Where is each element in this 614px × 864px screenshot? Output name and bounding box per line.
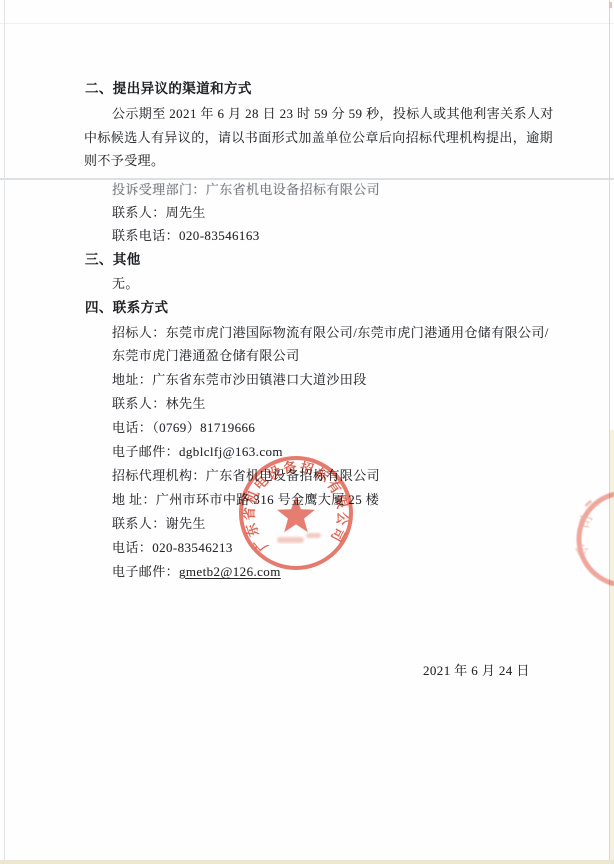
page-left-edge-line: [4, 0, 5, 864]
tenderer-contact-line: 联系人：林先生: [112, 395, 206, 412]
tenderer-line: 招标人：东莞市虎门港国际物流有限公司/东莞市虎门港通用仓储有限公司/: [112, 324, 549, 341]
paragraph-line: 则不予受理。: [84, 152, 164, 169]
page-bottom-edge: [0, 860, 614, 864]
paragraph-line: 中标候选人有异议的，请以书面形式加盖单位公章后向招标代理机构提出，逾期: [84, 129, 553, 146]
corner-stamp-trace: [609, 2, 612, 8]
agency-email-link[interactable]: gmetb2@126.com: [179, 564, 281, 579]
section-2-heading: 二、提出异议的渠道和方式: [85, 80, 252, 97]
contact-person-line: 联系人：周先生: [112, 204, 206, 221]
complaint-dept-line: 投诉受理部门：广东省机电设备招标有限公司: [112, 181, 380, 198]
page-top-edge-line: [0, 23, 614, 24]
section-4-heading: 四、联系方式: [85, 299, 168, 316]
seal-serial-scribble: [277, 533, 321, 543]
contact-phone-line: 联系电话：020-83546163: [112, 227, 260, 244]
partial-seal-glyph: 司: [576, 514, 595, 531]
agency-email-line: 电子邮件：gmetb2@126.com: [112, 563, 281, 580]
tenderer-email-line: 电子邮件：dgblclfj@163.com: [112, 443, 283, 460]
tenderer-line-wrap: 东莞市虎门港通盈仓储有限公司: [112, 347, 300, 364]
tenderer-address-line: 地址：广东省东莞市沙田镇港口大道沙田段: [112, 371, 367, 388]
partial-seal-stamp: 司 公: [556, 478, 614, 603]
section-3-heading: 三、其他: [85, 251, 141, 268]
scan-fold-line: [0, 178, 614, 180]
agency-address-line: 地 址：广州市环市中路 316 号金鹰大厦 25 楼: [112, 491, 379, 508]
underlying-page-edge: [610, 430, 614, 864]
partial-seal-glyph: 公: [572, 541, 592, 560]
agency-contact-line: 联系人：谢先生: [112, 515, 206, 532]
tenderer-phone-line: 电话：（0769）81719666: [112, 419, 255, 436]
partial-seal-mark: [584, 500, 592, 507]
document-page: 二、提出异议的渠道和方式 公示期至 2021 年 6 月 28 日 23 时 5…: [0, 0, 614, 864]
agency-email-label: 电子邮件：: [112, 564, 179, 579]
agency-phone-line: 电话：020-83546213: [112, 539, 233, 556]
none-line: 无。: [112, 275, 139, 292]
agency-line: 招标代理机构：广东省机电设备招标有限公司: [112, 467, 380, 484]
paragraph-line: 公示期至 2021 年 6 月 28 日 23 时 59 分 59 秒，投标人或…: [112, 105, 554, 122]
document-date: 2021 年 6 月 24 日: [423, 662, 530, 679]
